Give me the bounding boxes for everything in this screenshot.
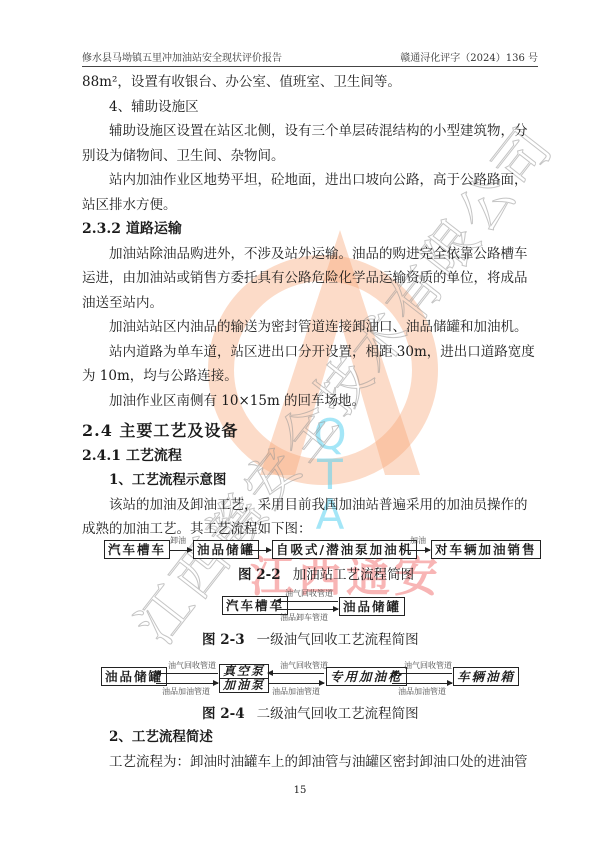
paragraph: 站内加油作业区地势平坦，砼地面，进出口坡向公路，高于公路路面，	[82, 168, 540, 193]
paragraph: 加油站除油品购进外，不涉及站外运输。油品的购进完全依靠公路槽车	[82, 242, 540, 267]
flow-box: 油品储罐	[339, 597, 405, 616]
page-number: 15	[0, 785, 600, 796]
section-heading-2-3-2: 2.3.2 道路运输	[82, 217, 540, 242]
paragraph: 别设为储物间、卫生间、杂物间。	[82, 144, 540, 169]
arrow-right-icon	[392, 683, 452, 684]
arrow-left-icon	[276, 601, 338, 602]
caption-number: 图 2-3	[202, 632, 245, 648]
paragraph: 工艺流程为：卸油时油罐车上的卸油管与油罐区密封卸油口处的进油管	[82, 750, 540, 775]
paragraph: 成熟的加油工艺。其工艺流程如下图：	[82, 517, 540, 542]
figure-caption: 图 2-2加油站工艺流程简图	[238, 563, 414, 583]
arrow-label: 油气回收管道	[168, 660, 216, 671]
flow-box: 车辆油箱	[453, 667, 519, 686]
vacuum-pump-label: 真空泵	[220, 665, 268, 679]
arrow-right-icon	[156, 683, 218, 684]
arrow-label: 加油	[410, 535, 426, 546]
caption-text: 一级油气回收工艺流程简图	[257, 632, 419, 648]
document-page: Q T A 江西通安 江西赣安全技术有限公司 修水县马坳镇五里冲加油站安全现状评…	[0, 0, 600, 849]
header-document-number: 赣通浔化评字（2024）136 号	[400, 49, 538, 64]
figure-caption: 图 2-3一级油气回收工艺流程简图	[202, 628, 419, 648]
paragraph: 88m²，设置有收银台、办公室、值班室、卫生间等。	[82, 70, 540, 95]
caption-text: 加油站工艺流程简图	[293, 567, 415, 583]
flow-box: 汽车槽车	[104, 540, 170, 559]
arrow-label: 油品加油管道	[162, 686, 210, 697]
page-content-tail: 2、工艺流程简述 工艺流程为：卸油时油罐车上的卸油管与油罐区密封卸油口处的进油管	[82, 725, 540, 774]
arrow-label: 卸油	[170, 535, 186, 546]
arrow-label: 油品加油管道	[398, 686, 446, 697]
paragraph: 运进，由加油站或销售方委托具有公路危险化学品运输资质的单位，将成品	[82, 266, 540, 291]
fuel-pump-label: 加油泵	[220, 679, 268, 692]
arrow-left-icon	[268, 673, 324, 674]
arrow-label: 油品卸车管道	[280, 612, 328, 623]
arrow-right-icon	[404, 550, 430, 551]
paragraph: 站内道路为单车道，站区进出口分开设置，相距 30m，进出口道路宽度	[82, 340, 540, 365]
flow-box: 对车辆加油销售	[431, 540, 541, 559]
caption-number: 图 2-2	[238, 567, 281, 583]
arrow-label: 油气回收管道	[285, 588, 333, 599]
header-report-title: 修水县马坳镇五里冲加油站安全现状评价报告	[82, 49, 282, 64]
arrow-left-icon	[156, 673, 218, 674]
page-content: 88m²，设置有收银台、办公室、值班室、卫生间等。 4、辅助设施区 辅助设施区设…	[82, 70, 540, 542]
subheading: 1、工艺流程示意图	[82, 468, 540, 493]
subheading: 2、工艺流程简述	[82, 725, 540, 750]
arrow-right-icon	[170, 550, 192, 551]
paragraph: 油送至站内。	[82, 291, 540, 316]
paragraph: 加油站站区内油品的输送为密封管道连接卸油口、油品储罐和加油机。	[82, 315, 540, 340]
figure-caption: 图 2-4二级油气回收工艺流程简图	[202, 702, 419, 722]
arrow-left-icon	[392, 673, 452, 674]
flow-box: 自吸式/潜油泵加油机	[272, 540, 417, 559]
paragraph: 该站的加油及卸油工艺，采用目前我国加油站普遍采用的加油员操作的	[82, 493, 540, 518]
caption-number: 图 2-4	[202, 706, 245, 722]
arrow-label: 油品加油管道	[272, 686, 320, 697]
paragraph: 辅助设施区设置在站区北侧，设有三个单层砖混结构的小型建筑物，分	[82, 119, 540, 144]
arrow-right-icon	[268, 683, 324, 684]
pump-box: 真空泵 加油泵	[219, 664, 269, 693]
caption-text: 二级油气回收工艺流程简图	[257, 706, 419, 722]
arrow-right-icon	[276, 609, 338, 610]
list-heading: 4、辅助设施区	[82, 95, 540, 120]
arrow-label: 油气回收管道	[404, 660, 452, 671]
paragraph: 为 10m，均与公路连接。	[82, 364, 540, 389]
arrow-right-icon	[246, 550, 271, 551]
page-header: 修水县马坳镇五里冲加油站安全现状评价报告 赣通浔化评字（2024）136 号	[82, 48, 538, 67]
arrow-label: 油气回收管道	[280, 660, 328, 671]
paragraph: 加油作业区南侧有 10×15m 的回车场地。	[82, 389, 540, 414]
paragraph: 站区排水方便。	[82, 193, 540, 218]
section-heading-2-4: 2.4 主要工艺及设备	[82, 419, 540, 444]
section-heading-2-4-1: 2.4.1 工艺流程	[82, 444, 540, 469]
